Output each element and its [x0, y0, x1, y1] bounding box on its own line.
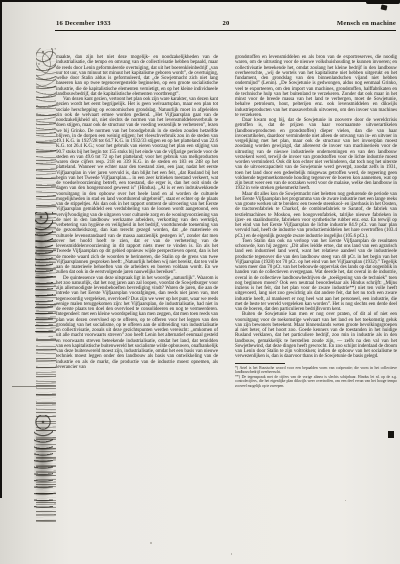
paragraph: Buiten de Sowjetunie kan men er nog over… — [235, 312, 397, 359]
scan-ink-mark — [388, 431, 394, 438]
header-date: 16 December 1933 — [56, 20, 206, 27]
footnotes: *) Artel is het Russische woord voor een… — [235, 366, 397, 389]
header-page-number: 20 — [206, 20, 246, 27]
scan-top-edge — [0, 0, 400, 2]
paragraph: De quintessence van deze uitspraak ligt … — [56, 276, 218, 371]
header-article-title: Mensch en machine — [246, 20, 396, 27]
paragraph: Toen Stalin dan ook na verloop van het E… — [235, 239, 397, 313]
scan-speck — [231, 553, 232, 555]
scan-ink-mark — [381, 4, 388, 10]
scan-speck — [150, 542, 152, 544]
footnote: *) Artel is het Russische woord voor een… — [235, 366, 397, 375]
footnote-rule — [235, 363, 285, 364]
scan-top-edge-blob — [366, 0, 400, 4]
scan-gutter-dark-patch — [35, 212, 53, 337]
paragraph: Maar dit alles kon de Sowjetmacht niet b… — [235, 192, 397, 239]
paragraph: grondstoffen en levensmiddelen en als br… — [235, 55, 397, 118]
scan-left-edge — [0, 0, 2, 498]
scan-gutter-dark-patch — [34, 415, 53, 510]
paragraph: Daar kwam nog bij, dat de Sowjetunie in … — [235, 118, 397, 192]
scan-speck — [345, 500, 346, 501]
column-left: maakte, dan zijn het niet deze mogelijk-… — [56, 55, 218, 388]
scan-margin-line — [12, 386, 56, 387]
header-rule — [55, 30, 396, 31]
footnote-block: *) Artel is het Russische woord voor een… — [235, 363, 397, 389]
article-body: maakte, dan zijn het niet deze mogelijk-… — [56, 55, 397, 388]
column-right-paragraphs: grondstoffen en levensmiddelen en als br… — [235, 55, 397, 360]
paragraph: maakte, dan zijn het niet deze mogelijk-… — [56, 55, 218, 97]
footnote: **) De tegenspraak met de cijfers van de… — [235, 375, 397, 389]
page-header: 16 December 1933 20 Mensch en machine — [56, 15, 396, 27]
column-right: grondstoffen en levensmiddelen en als br… — [235, 55, 397, 388]
paragraph: Van dezen kant gezien, vertoont het plan… — [56, 97, 218, 276]
